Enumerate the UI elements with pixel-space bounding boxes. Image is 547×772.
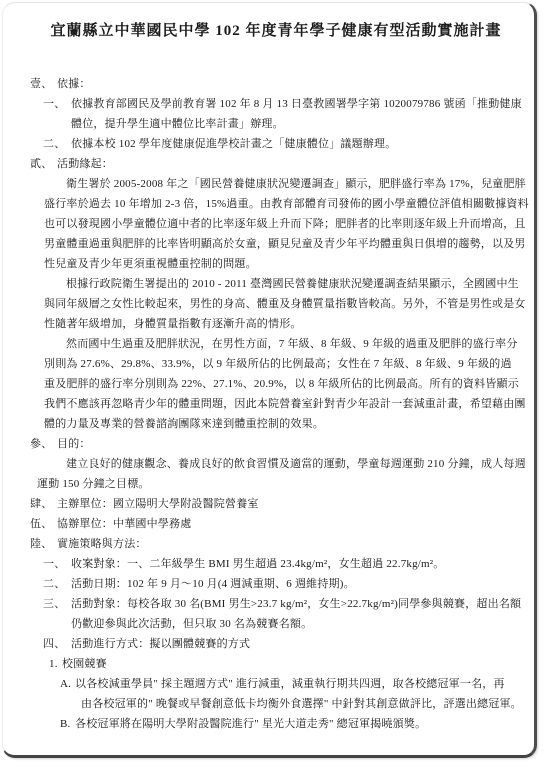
line-text: 性兒童及青少年更須重視體重控制的問題。 bbox=[44, 258, 257, 270]
list-item: 一、依據教育部國民及學前教育署 102 年 8 月 13 日臺教國署學字第 10… bbox=[43, 94, 522, 114]
section-marker: 壹、 bbox=[30, 74, 57, 94]
line-text: 依據本校 102 學年度健康促進學校計畫之「健康體位」議題辦理。 bbox=[71, 138, 396, 150]
paragraph-line: 然而國中生過重及肥胖狀況，在男性方面，7 年級、8 年級、9 年級的過重及肥胖的… bbox=[66, 334, 522, 354]
line-text: 也可以發現國小學童體位適中者的比率逐年級上升而下降；肥胖者的比率則逐年級上升而增… bbox=[44, 218, 526, 230]
line-text: 建立良好的健康觀念、養成良好的飲食習慣及適當的運動，學童每週運動 210 分鐘，… bbox=[66, 458, 526, 470]
paragraph-line: 男童體重過重與肥胖的比率皆明顯高於女童，顯見兒童及青少年平均體重與日俱增的趨勢，… bbox=[44, 234, 522, 254]
list-marker: 二、 bbox=[43, 134, 71, 154]
line-text: 與同年級層之女性比較起來，男性的身高、體重及身體質量指數皆較高。另外，不管是男性… bbox=[44, 298, 526, 310]
letter-marker: A. bbox=[60, 674, 75, 694]
line-text: 活動進行方式：擬以團體競賽的方式 bbox=[71, 638, 250, 650]
line-text: 收案對象：一、二年級學生 BMI 男生超過 23.4kg/m²，女生超過 22.… bbox=[71, 558, 445, 570]
line-text: 活動日期：102 年 9 月～10 月(4 週減重期、6 週維持期)。 bbox=[71, 578, 355, 590]
list-item: 二、活動日期：102 年 9 月～10 月(4 週減重期、6 週維持期)。 bbox=[43, 574, 522, 594]
section-heading: 參、目的： bbox=[30, 434, 522, 454]
paragraph-line: 根據行政院衛生署提出的 2010 - 2011 臺灣國民營養健康狀況變遷調查結果… bbox=[66, 274, 522, 294]
line-text: 以各校減重學員" 採主題週方式" 進行減重，減重執行期共四週，取各校總冠軍一名，… bbox=[75, 678, 505, 690]
list-item-wrap: 仍歡迎參與此次活動，但只取 30 名為競賽名額。 bbox=[71, 614, 522, 634]
section-heading: 肆、主辦單位：國立陽明大學附設醫院營養室 bbox=[30, 494, 522, 514]
list-marker: 三、 bbox=[43, 594, 71, 614]
line-text: 主辦單位：國立陽明大學附設醫院營養室 bbox=[57, 498, 259, 510]
paragraph-line: 運動 150 分鐘之目標。 bbox=[37, 474, 522, 494]
list-item-wrap: 體位，提升學生適中體位比率計畫」辦理。 bbox=[71, 114, 522, 134]
list-item: 二、依據本校 102 學年度健康促進學校計畫之「健康體位」議題辦理。 bbox=[43, 134, 522, 154]
section-marker: 參、 bbox=[30, 434, 57, 454]
line-text: 衛生署於 2005-2008 年之「國民營養健康狀況變遷調查」顯示，肥胖盛行率為… bbox=[66, 178, 526, 190]
line-text: 體位，提升學生適中體位比率計畫」辦理。 bbox=[71, 118, 284, 130]
list-marker: 一、 bbox=[43, 554, 71, 574]
line-text: 活動對象：每校各取 30 名(BMI 男生>23.7 kg/m²，女生>22.7… bbox=[71, 598, 521, 610]
line-text: 依據教育部國民及學前教育署 102 年 8 月 13 日臺教國署學字第 1020… bbox=[71, 98, 522, 110]
line-text: 根據行政院衛生署提出的 2010 - 2011 臺灣國民營養健康狀況變遷調查結果… bbox=[66, 278, 519, 290]
line-text: 由各校冠軍的" 晚餐或早餐創意低卡均衡外食選擇" 中針對其創意做評比，評選出總冠… bbox=[81, 698, 522, 710]
paragraph-line: 也可以發現國小學童體位適中者的比率逐年級上升而下降；肥胖者的比率則逐年級上升而增… bbox=[44, 214, 522, 234]
line-text: 實施策略與方法： bbox=[57, 538, 147, 550]
lettered-item: A.以各校減重學員" 採主題週方式" 進行減重，減重執行期共四週，取各校總冠軍一… bbox=[60, 674, 522, 694]
paragraph-line: 別則為 27.6%、29.8%、33.9%，以 9 年級所佔的比例最高；女性在 … bbox=[44, 354, 522, 374]
line-text: 體的力量及專業的營養諮詢團隊來達到體重控制的效果。 bbox=[44, 418, 324, 430]
line-text: 然而國中生過重及肥胖狀況，在男性方面，7 年級、8 年級、9 年級的過重及肥胖的… bbox=[66, 338, 518, 350]
line-text: 我們不應該再忽略青少年的體重問題，因此本院營養室針對青少年設計一套減重計畫，希望… bbox=[44, 398, 526, 410]
list-item: 四、活動進行方式：擬以團體競賽的方式 bbox=[43, 634, 522, 654]
paragraph-line: 重及肥胖的盛行率分別則為 22%、27.1%、20.9%，以 8 年級所佔的比例… bbox=[44, 374, 522, 394]
paragraph-line: 盛行率於過去 10 年增加 2-3 倍，15%過重。由教育部體育司發佈的國小學童… bbox=[44, 194, 522, 214]
section-heading: 伍、協辦單位：中華國中學務處 bbox=[30, 514, 522, 534]
lettered-item: B.各校冠軍將在陽明大學附設醫院進行" 星光大道走秀" 總冠軍揭曉頒獎。 bbox=[60, 714, 522, 734]
line-text: 各校冠軍將在陽明大學附設醫院進行" 星光大道走秀" 總冠軍揭曉頒獎。 bbox=[75, 718, 426, 730]
section-heading: 貳、活動緣起： bbox=[30, 154, 522, 174]
paragraph-line: 衛生署於 2005-2008 年之「國民營養健康狀況變遷調查」顯示，肥胖盛行率為… bbox=[66, 174, 522, 194]
list-item: 三、活動對象：每校各取 30 名(BMI 男生>23.7 kg/m²，女生>22… bbox=[43, 594, 522, 614]
line-text: 目的： bbox=[57, 438, 91, 450]
section-marker: 伍、 bbox=[30, 514, 57, 534]
line-text: 重及肥胖的盛行率分別則為 22%、27.1%、20.9%，以 8 年級所佔的比例… bbox=[44, 378, 519, 390]
list-marker: 四、 bbox=[43, 634, 71, 654]
section-heading: 陸、實施策略與方法： bbox=[30, 534, 522, 554]
line-text: 性隨著年級增加，身體質量指數有逐漸升高的情形。 bbox=[44, 318, 302, 330]
lettered-item-wrap: 由各校冠軍的" 晚餐或早餐創意低卡均衡外食選擇" 中針對其創意做評比，評選出總冠… bbox=[81, 694, 522, 714]
line-text: 仍歡迎參與此次活動，但只取 30 名為競賽名額。 bbox=[71, 618, 312, 630]
scanned-document-page: { "doc": { "title": "宜蘭縣立中華國民中學 102 年度青年… bbox=[0, 0, 547, 772]
document-content: 宜蘭縣立中華國民中學 102 年度青年學子健康有型活動實施計畫 壹、依據： 一、… bbox=[30, 0, 522, 734]
number-marker: 1. bbox=[49, 654, 62, 674]
letter-marker: B. bbox=[60, 714, 75, 734]
line-text: 運動 150 分鐘之目標。 bbox=[37, 478, 150, 490]
list-marker: 二、 bbox=[43, 574, 71, 594]
paragraph-line: 建立良好的健康觀念、養成良好的飲食習慣及適當的運動，學童每週運動 210 分鐘，… bbox=[66, 454, 522, 474]
list-item: 一、收案對象：一、二年級學生 BMI 男生超過 23.4kg/m²，女生超過 2… bbox=[43, 554, 522, 574]
section-heading: 壹、依據： bbox=[30, 74, 522, 94]
paragraph-line: 性隨著年級增加，身體質量指數有逐漸升高的情形。 bbox=[44, 314, 522, 334]
section-marker: 貳、 bbox=[30, 154, 57, 174]
paragraph-line: 性兒童及青少年更須重視體重控制的問題。 bbox=[44, 254, 522, 274]
document-body: 壹、依據： 一、依據教育部國民及學前教育署 102 年 8 月 13 日臺教國署… bbox=[30, 74, 522, 734]
line-text: 盛行率於過去 10 年增加 2-3 倍，15%過重。由教育部體育司發佈的國小學童… bbox=[44, 198, 529, 210]
line-text: 活動緣起： bbox=[57, 158, 113, 170]
line-text: 校園競賽 bbox=[62, 658, 107, 670]
list-marker: 一、 bbox=[43, 94, 71, 114]
line-text: 協辦單位：中華國中學務處 bbox=[57, 518, 191, 530]
paragraph-line: 體的力量及專業的營養諮詢團隊來達到體重控制的效果。 bbox=[44, 414, 522, 434]
line-text: 依據： bbox=[57, 78, 91, 90]
paragraph-line: 我們不應該再忽略青少年的體重問題，因此本院營養室針對青少年設計一套減重計畫，希望… bbox=[44, 394, 522, 414]
paragraph-line: 與同年級層之女性比較起來，男性的身高、體重及身體質量指數皆較高。另外，不管是男性… bbox=[44, 294, 522, 314]
section-marker: 肆、 bbox=[30, 494, 57, 514]
numbered-item: 1.校園競賽 bbox=[49, 654, 522, 674]
line-text: 男童體重過重與肥胖的比率皆明顯高於女童，顯見兒童及青少年平均體重與日俱增的趨勢，… bbox=[44, 238, 526, 250]
section-marker: 陸、 bbox=[30, 534, 57, 554]
document-title: 宜蘭縣立中華國民中學 102 年度青年學子健康有型活動實施計畫 bbox=[30, 20, 522, 42]
line-text: 別則為 27.6%、29.8%、33.9%，以 9 年級所佔的比例最高；女性在 … bbox=[44, 358, 512, 370]
